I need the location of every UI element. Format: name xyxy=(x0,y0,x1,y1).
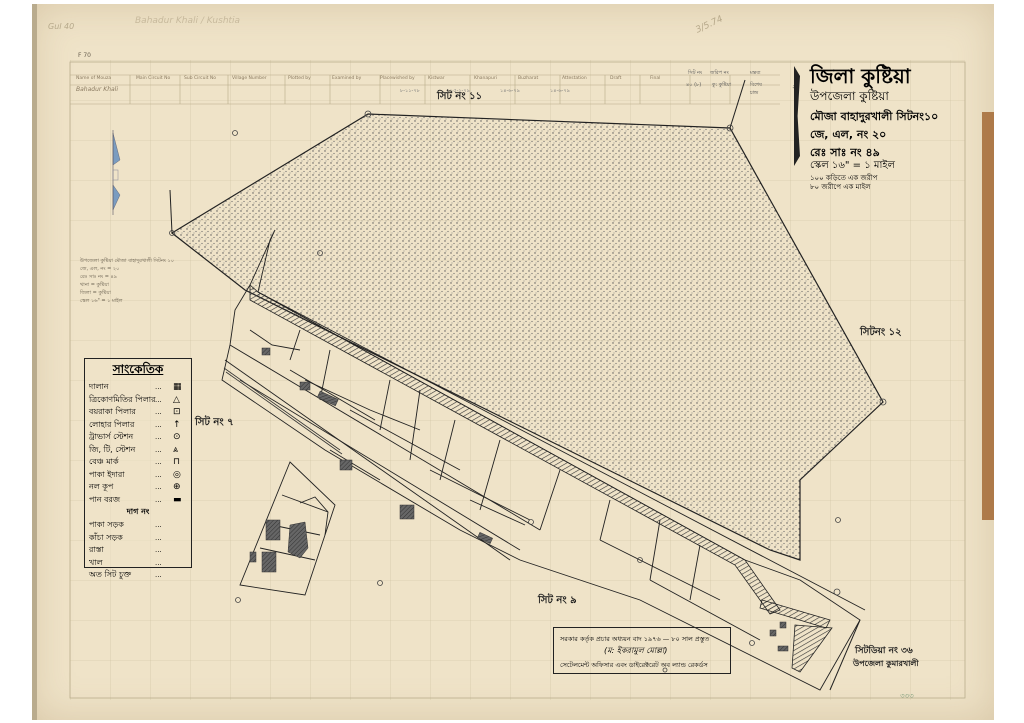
col-village: Village Number xyxy=(232,76,267,81)
jl-number: জে, এল, নং ২০ xyxy=(810,126,886,145)
title-block: জিলা কুষ্টিয়া উপজেলা কুষ্টিয়া মৌজা বাহ… xyxy=(790,62,970,182)
upazila-title: উপজেলা কুষ্টিয়া xyxy=(810,88,889,108)
col-kistwar: Kistwar xyxy=(428,76,445,81)
legend-heading: সাংকেতিক xyxy=(85,361,191,381)
col-sub-circuit: Sub Circuit No xyxy=(184,76,216,81)
sheet-id: F 70 xyxy=(78,52,91,59)
legend-item: জি, টি, স্টেশন...⩓ xyxy=(85,444,191,457)
boundary-pillar-icon: ⊡ xyxy=(173,406,181,419)
gt-station-icon: ⩓ xyxy=(173,444,178,457)
legend-subheading: দাগ নং xyxy=(85,506,191,519)
legend-item: খাল... xyxy=(85,557,191,570)
tubewell-icon: ⊕ xyxy=(173,481,181,494)
col-sheet-no: সিট নং xyxy=(688,70,702,78)
col-placewished: Placewished by xyxy=(380,76,415,81)
stamp-signature: (ম: ইকরামুল মোল্লা) xyxy=(604,645,667,658)
val-buzharat: ১৪-৬-৭৯ xyxy=(500,88,520,96)
legend-item: নল কূপ...⊕ xyxy=(85,481,191,494)
sheet-label-upazila-kumarkhali: উপজেলা কুমারখালী xyxy=(853,658,919,671)
legend-item: বেঞ্চ মার্ক...⊓ xyxy=(85,456,191,469)
legend-item: কাঁচা সড়ক... xyxy=(85,532,191,545)
col-mouza: Name of Mouza xyxy=(76,76,111,81)
legend-item: অত সিট চুক্ত... xyxy=(85,569,191,582)
col-attestation: Attestation xyxy=(562,76,587,81)
sheet-label-east: সিটনং ১২ xyxy=(860,325,902,342)
legend-item: দালান...▦ xyxy=(85,381,191,394)
val-sheet-no: ৪০ (৮) xyxy=(686,82,701,90)
col-buzharat: Buzharat xyxy=(518,76,538,81)
sheet-label-south: সিট নং ৯ xyxy=(538,593,577,610)
legend-item: পাকা ইদারা...◎ xyxy=(85,469,191,482)
pencil-note-top: Bahadur Khali / Kushtia xyxy=(135,16,240,26)
col-final: Final xyxy=(650,76,660,81)
stamp-line-1: সরকার কর্তৃক প্রচার অধ্যয়ন বাদ ১৯৭৬ — ৮… xyxy=(560,634,709,645)
val-survey-no: কু: কুষ্টিয়া xyxy=(712,82,731,90)
side-note: উপজেলা কুষ্টিয়া মৌজা বাহাদুরখালী সিটনং … xyxy=(80,257,174,305)
legend-item: রাস্তা... xyxy=(85,544,191,557)
bench-mark-icon: ⊓ xyxy=(173,456,180,469)
settlement-stamp: সরকার কর্তৃক প্রচার অধ্যয়ন বাদ ১৯৭৬ — ৮… xyxy=(553,627,731,674)
legend-item: পান বরজ...▬ xyxy=(85,494,191,507)
val-kistwar: ৮-১১-৭৮ xyxy=(400,88,420,96)
scale-note-2: ৮০ জরীপে এক মাইল xyxy=(810,181,870,193)
col-main-circuit: Main Circuit No xyxy=(136,76,170,81)
legend-item: পাকা সড়ক... xyxy=(85,519,191,532)
legend-item: ট্রাভার্স স্টেশন...⊙ xyxy=(85,431,191,444)
stamp-line-3: সেটেলমেন্ট অফিসার এবং ডাইরেক্টরেট অব ল্য… xyxy=(560,660,708,671)
col-plotted: Plotted by xyxy=(288,76,311,81)
legend-box: সাংকেতিক দালান...▦ ত্রিকোণমিতির পিলার...… xyxy=(84,358,192,568)
val-mouza: Bahadur Khali xyxy=(76,86,118,93)
col-examined: Examined by xyxy=(332,76,361,81)
val-remarks: বিশেষ চান্দ্র xyxy=(750,82,770,98)
pencil-note-topleft: Gul 40 xyxy=(48,22,74,31)
legend-item: ত্রিকোণমিতির পিলার...△ xyxy=(85,394,191,407)
iron-pillar-icon: ↑ xyxy=(173,419,181,432)
title-bracket xyxy=(794,66,800,166)
sheet-label-north: সিট নং ১১ xyxy=(437,89,482,106)
header-table: Name of Mouza Main Circuit No Sub Circui… xyxy=(70,68,770,104)
building-icon: ▦ xyxy=(173,381,182,394)
sheet-label-west: সিট নং ৭ xyxy=(195,415,234,432)
col-remarks: মন্তব্য xyxy=(750,70,760,78)
val-attestation: ১৪-৬-৭৯ xyxy=(550,88,570,96)
bottom-code: ৩৩৩ xyxy=(900,690,914,702)
col-survey-no: জরিপ নং xyxy=(710,70,729,78)
mouza-title: মৌজা বাহাদুরখালী সিটনং১০ xyxy=(810,108,938,127)
betel-garden-icon: ▬ xyxy=(173,494,182,507)
col-draft: Draft xyxy=(610,76,621,81)
traverse-station-icon: ⊙ xyxy=(173,431,181,444)
legend-item: লোহার পিলার...↑ xyxy=(85,419,191,432)
legend-item: বয়রাকা পিলার...⊡ xyxy=(85,406,191,419)
triangulation-pillar-icon: △ xyxy=(173,394,180,407)
well-icon: ◎ xyxy=(173,469,181,482)
col-khanapuri: Khanapuri xyxy=(474,76,497,81)
sheet-label-southeast: সিটডিয়া নং ৩৬ xyxy=(855,643,913,658)
